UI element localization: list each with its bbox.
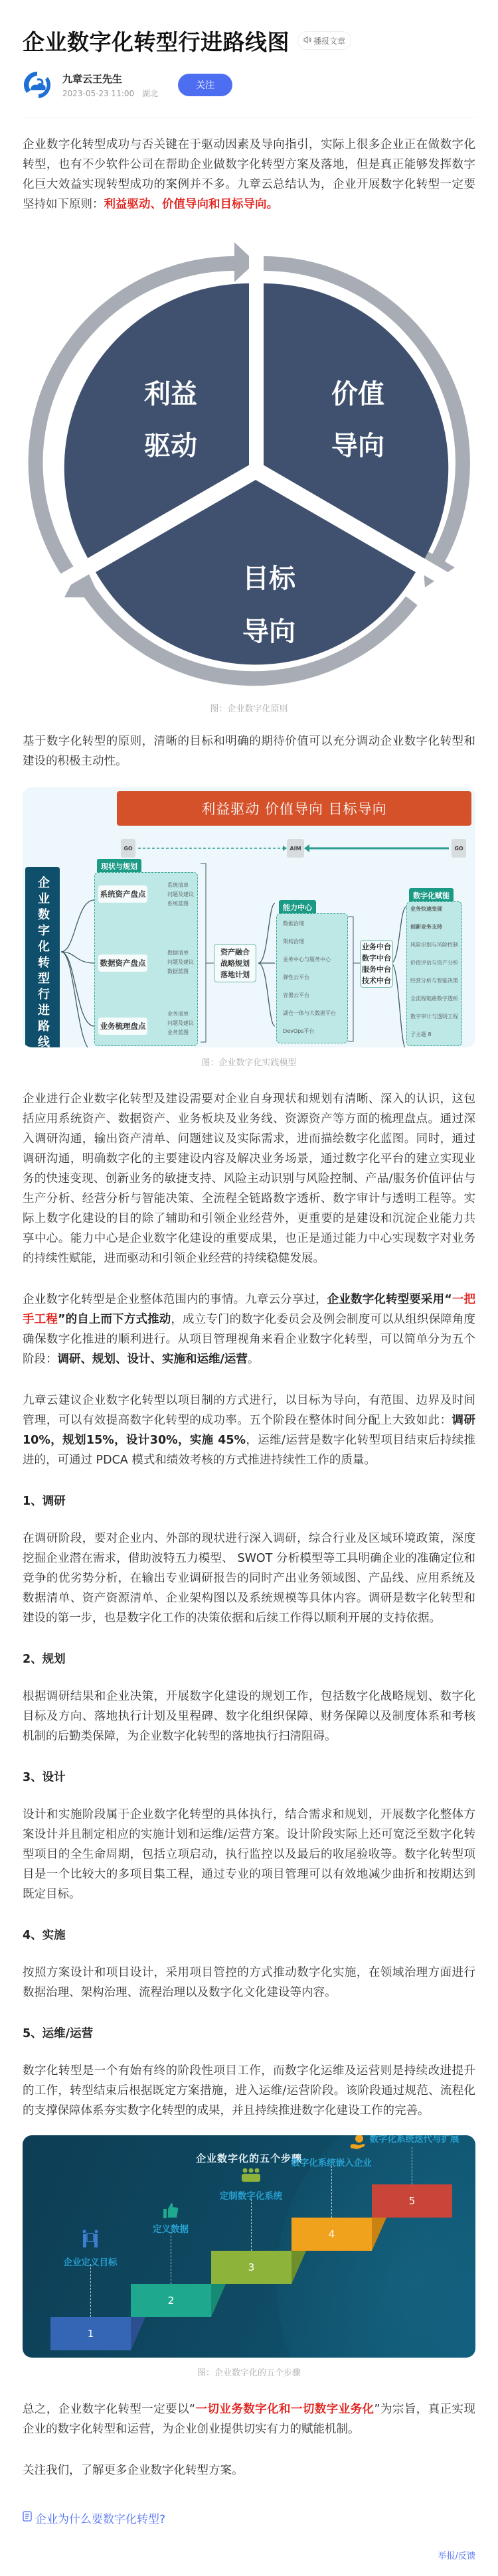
report-feedback-link[interactable]: 举报/反馈 [23, 2549, 475, 2576]
group1-node: 系统资产盘点 [98, 885, 147, 903]
text: 总之，企业数字化转型一定要以“ [23, 2403, 195, 2416]
group1-tag: 现状与规划 [97, 859, 141, 873]
segment-2-line2: 导向 [331, 431, 384, 461]
money-hand-icon [349, 2135, 367, 2153]
text: 。 [248, 1353, 260, 1366]
leaf: 业务蓝图 [167, 1029, 189, 1036]
thumbs-up-icon [163, 2202, 179, 2222]
title-row: 企业数字化转型行进路线图 播报文章 [23, 0, 475, 61]
article-page: 企业数字化转型行进路线图 播报文章 九章云王先生 2023-05-23 11:0… [0, 0, 498, 2576]
step-3-label: 定制数字化系统 [220, 2188, 283, 2202]
leaf: 系统清单 [167, 881, 189, 889]
step-2-label: 定义数据 [153, 2222, 189, 2235]
center-line: 落地计划 [220, 969, 250, 980]
location: 湖北 [142, 89, 158, 98]
step-3-connector [251, 2199, 252, 2251]
stage-paragraph: 根据调研结果和企业决策，开展数字化建设的规划工作，包括数字化战略规划、数字化目标… [23, 1687, 475, 1746]
leaf: 业务中心与服务中心 [283, 956, 331, 963]
related-article-link[interactable]: 企业为什么要数字化转型? [23, 2510, 475, 2526]
principles-pie-chart: 利益 驱动 价值 导向 目标 导向 [23, 229, 475, 694]
author-meta: 2023-05-23 11:00 湖北 [62, 88, 158, 99]
follow-button[interactable]: 关注 [178, 74, 232, 96]
figure3-caption: 图：企业数字化的五个步骤 [23, 2366, 475, 2378]
segment-3-line2: 导向 [242, 617, 295, 647]
group1-node: 业务梳理盘点 [98, 1018, 147, 1035]
center-line: 数字中台 [362, 952, 391, 964]
conclusion-paragraph: 总之，企业数字化转型一定要以“一切业务数字化和一切数字业务化”为宗旨，真正实现企… [23, 2399, 475, 2439]
stage-heading: 1、调研 [23, 1491, 475, 1511]
people-carry-icon [82, 2230, 99, 2251]
stage-heading: 4、实施 [23, 1926, 475, 1945]
principles-pie-figure: 利益 驱动 价值 导向 目标 导向 [23, 229, 475, 694]
leaf: 问题及建议 [167, 1020, 194, 1027]
stage-paragraph: 数字化转型是一个有始有终的阶段性项目工作，而数字化运维及运营则是持续改进提升的工… [23, 2061, 475, 2121]
roadmap-diagram: 利益驱动 价值导向 目标导向 GO AIM GO [23, 787, 475, 1047]
text: 九章云建议企业数字化转型以项目制的方式进行，以目标为导向，有范围、边界及时间管理… [23, 1394, 475, 1427]
step-1-connector [90, 2264, 91, 2317]
center-line: 服务中台 [362, 964, 391, 975]
leaf: 业务清单 [167, 1010, 189, 1018]
step-2-connector [171, 2232, 171, 2284]
text: 企业数字化转型是企业整体范围内的事情。九章云分享过， [23, 1293, 327, 1306]
time-allocation-paragraph: 九章云建议企业数字化转型以项目制的方式进行，以目标为导向，有范围、边界及时间管理… [23, 1391, 475, 1470]
article-title: 企业数字化转型行进路线图 [23, 25, 290, 56]
leaf: 全流程链路数字透析 [410, 995, 458, 1002]
step-1-label: 企业定义目标 [64, 2255, 118, 2268]
read-aloud-label: 播报文章 [313, 35, 345, 46]
center-line: 技术中台 [362, 975, 391, 986]
asset-fusion-node: 资产融合 战略规划 落地计划 [214, 944, 256, 982]
middle-platform-node: 业务中台 数字中台 服务中台 技术中台 [360, 940, 393, 988]
leaf: DevOps平台 [283, 1027, 314, 1035]
read-aloud-button[interactable]: 播报文章 [297, 31, 351, 50]
figure2-caption: 图：企业数字化实践模型 [23, 1055, 475, 1068]
bold-text: ”的自上而下方式推动 [58, 1313, 171, 1326]
leaf: 经营分析与智能决策 [410, 977, 458, 984]
bold-text: 调研、规划、设计、实施和运维/运营 [58, 1353, 248, 1366]
principles-paragraph: 基于数字化转型的原则，清晰的目标和明确的期待价值可以充分调动企业数字化转型和建设… [23, 731, 475, 771]
leaf: 架构治理 [283, 938, 304, 945]
segment-2-line1: 价值 [331, 379, 384, 410]
segment-1-line2: 驱动 [144, 431, 197, 461]
leaf: 容器云平台 [283, 992, 309, 999]
segment-1-line1: 利益 [144, 379, 197, 410]
group3-tag: 数字化赋能 [409, 888, 454, 903]
stage-heading: 2、规划 [23, 1649, 475, 1669]
stage-paragraph: 设计和实施阶段属于企业数字化转型的具体执行，结合需求和规划，开展数字化整体方案设… [23, 1805, 475, 1904]
leaf: 数据清单 [167, 949, 189, 956]
author-name[interactable]: 九章云王先生 [62, 72, 158, 86]
leaf: 问题及建议 [167, 891, 194, 898]
step-5-connector [412, 2147, 412, 2184]
avatar[interactable] [23, 70, 52, 100]
step-5-label: 数字化系统迭代与扩展 [370, 2135, 459, 2145]
center-line: 资产融合 [220, 947, 250, 958]
author-row: 九章云王先生 2023-05-23 11:00 湖北 关注 [23, 64, 475, 106]
figure1-caption: 图：企业数字化原则 [23, 702, 475, 714]
stage-paragraph: 按照方案设计和项目设计，采用项目管控的方式推动数字化实施，在领域治理方面进行数据… [23, 1963, 475, 2003]
leaf: 子主题 8 [410, 1031, 432, 1038]
document-icon [23, 2511, 32, 2525]
roadmap-vertical-title: 企业数字化转型行进路线 [25, 867, 60, 1047]
capability-paragraph: 企业进行企业数字化转型及建设需要对企业自身现状和规划有清晰、深入的认识，这包括应… [23, 1089, 475, 1268]
center-line: 战略规划 [220, 958, 250, 969]
leaf: 问题及建议 [167, 958, 194, 966]
group2-tag: 能力中心 [279, 900, 316, 915]
leaf: 风险识别与风险控制 [410, 941, 458, 948]
header-divider [23, 117, 475, 117]
leaf: 系统蓝图 [167, 900, 189, 907]
related-link-text[interactable]: 企业为什么要数字化转型? [35, 2510, 165, 2526]
top-down-paragraph: 企业数字化转型是企业整体范围内的事情。九章云分享过，企业数字化转型要采用“一把手… [23, 1290, 475, 1369]
leaf: 价值评估与资产分析 [410, 959, 458, 966]
leaf: 弹性云平台 [283, 974, 309, 981]
group1-node: 数据资产盘点 [98, 954, 147, 972]
stage-heading: 3、设计 [23, 1768, 475, 1787]
five-steps-figure: 企业数字化的五个步骤 1 2 3 4 5 企业定义目标 定义数据 定制数字化系统… [23, 2135, 475, 2358]
center-line: 业务中台 [362, 941, 391, 952]
leaf: 湖仓一体与大数据平台 [283, 1010, 336, 1017]
segment-3-line1: 目标 [242, 564, 297, 594]
stage-heading: 5、运维/运营 [23, 2024, 475, 2044]
follow-paragraph: 关注我们，了解更多企业数字化转型方案。 [23, 2461, 475, 2480]
red-highlight: 一切业务数字化和一切数字业务化 [195, 2403, 374, 2416]
intro-paragraph: 企业数字化转型成功与否关键在于驱动因素及导向指引，实际上很多企业正在做数字化转型… [23, 135, 475, 214]
stage-paragraph: 在调研阶段，要对企业内、外部的现状进行深入调研，综合行业及区域环境政策，深度挖掘… [23, 1529, 475, 1628]
leaf: 数据蓝图 [167, 968, 189, 975]
step-4-label: 数字化系统嵌入企业 [291, 2155, 372, 2168]
leaf: 数字审计与透明工程 [410, 1013, 458, 1020]
intro-highlight: 利益驱动、价值导向和目标导向。 [104, 198, 279, 211]
bold-text: 企业数字化转型要采用“ [327, 1293, 452, 1306]
leaf: 业务快速变现 [410, 905, 442, 913]
team-icon [241, 2167, 261, 2184]
speaker-icon [303, 36, 311, 46]
author-info: 九章云王先生 2023-05-23 11:00 湖北 [62, 72, 158, 99]
step-4-connector [331, 2166, 332, 2218]
leaf: 数据治理 [283, 920, 304, 927]
publish-time: 2023-05-23 11:00 [62, 89, 134, 98]
leaf: 创新业务支持 [410, 923, 442, 931]
